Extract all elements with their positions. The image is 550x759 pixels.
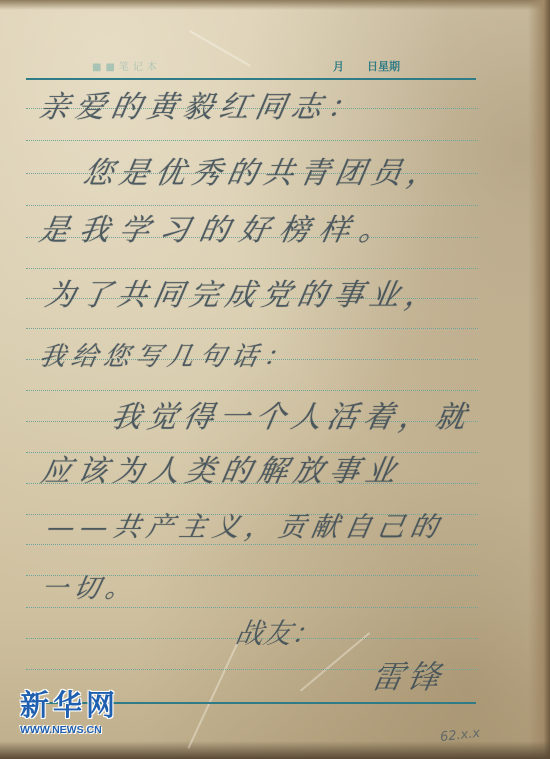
paper-crease [187,639,240,749]
date-fields: 月 日 星期 [333,58,400,74]
salutation-line: 亲爱的黄毅红同志： [0,82,550,126]
ruled-line [26,390,478,391]
ruled-line [26,328,478,329]
paper-bottom-edge [0,741,550,759]
weekday-label: 星期 [378,58,400,74]
ruled-line [26,268,478,269]
letter-line: 一切。 [0,568,550,605]
letter-line: ——共产主义，贡献自己的 [0,505,550,544]
letter-line: 您是优秀的共青团员， [0,148,550,192]
letter-line: 是我学习的好榜样。 [0,205,550,249]
ruled-line [26,607,478,608]
xinhua-watermark: 新华网 WWW.NEWS.CN [20,688,135,736]
month-label: 月 [333,58,367,74]
watermark-url: WWW.NEWS.CN [20,724,135,736]
letter-line: 我觉得一个人活着，就 [0,392,550,436]
closing-text: 战友： [232,612,323,652]
header-rule [26,78,476,80]
letter-line: 应该为人类的解放事业 [0,446,550,490]
signature: 雷锋 [368,652,448,698]
watermark-brand-cn: 新华网 [20,688,135,722]
stationery-header: ■■笔记本 月 日 星期 [0,58,550,76]
letter-line: 我给您写几句话： [0,336,550,373]
ruled-line [26,544,478,545]
stationery-brand-label: ■■笔记本 [92,58,161,73]
letter-page: ■■笔记本 月 日 星期 亲爱的黄毅红同志： 您是优秀的共青团员， 是我学习的好… [0,0,550,759]
ruled-line [26,140,478,141]
letter-line: 为了共同完成党的事业， [0,270,550,314]
paper-top-edge [0,0,550,10]
day-label: 日 [367,58,378,74]
